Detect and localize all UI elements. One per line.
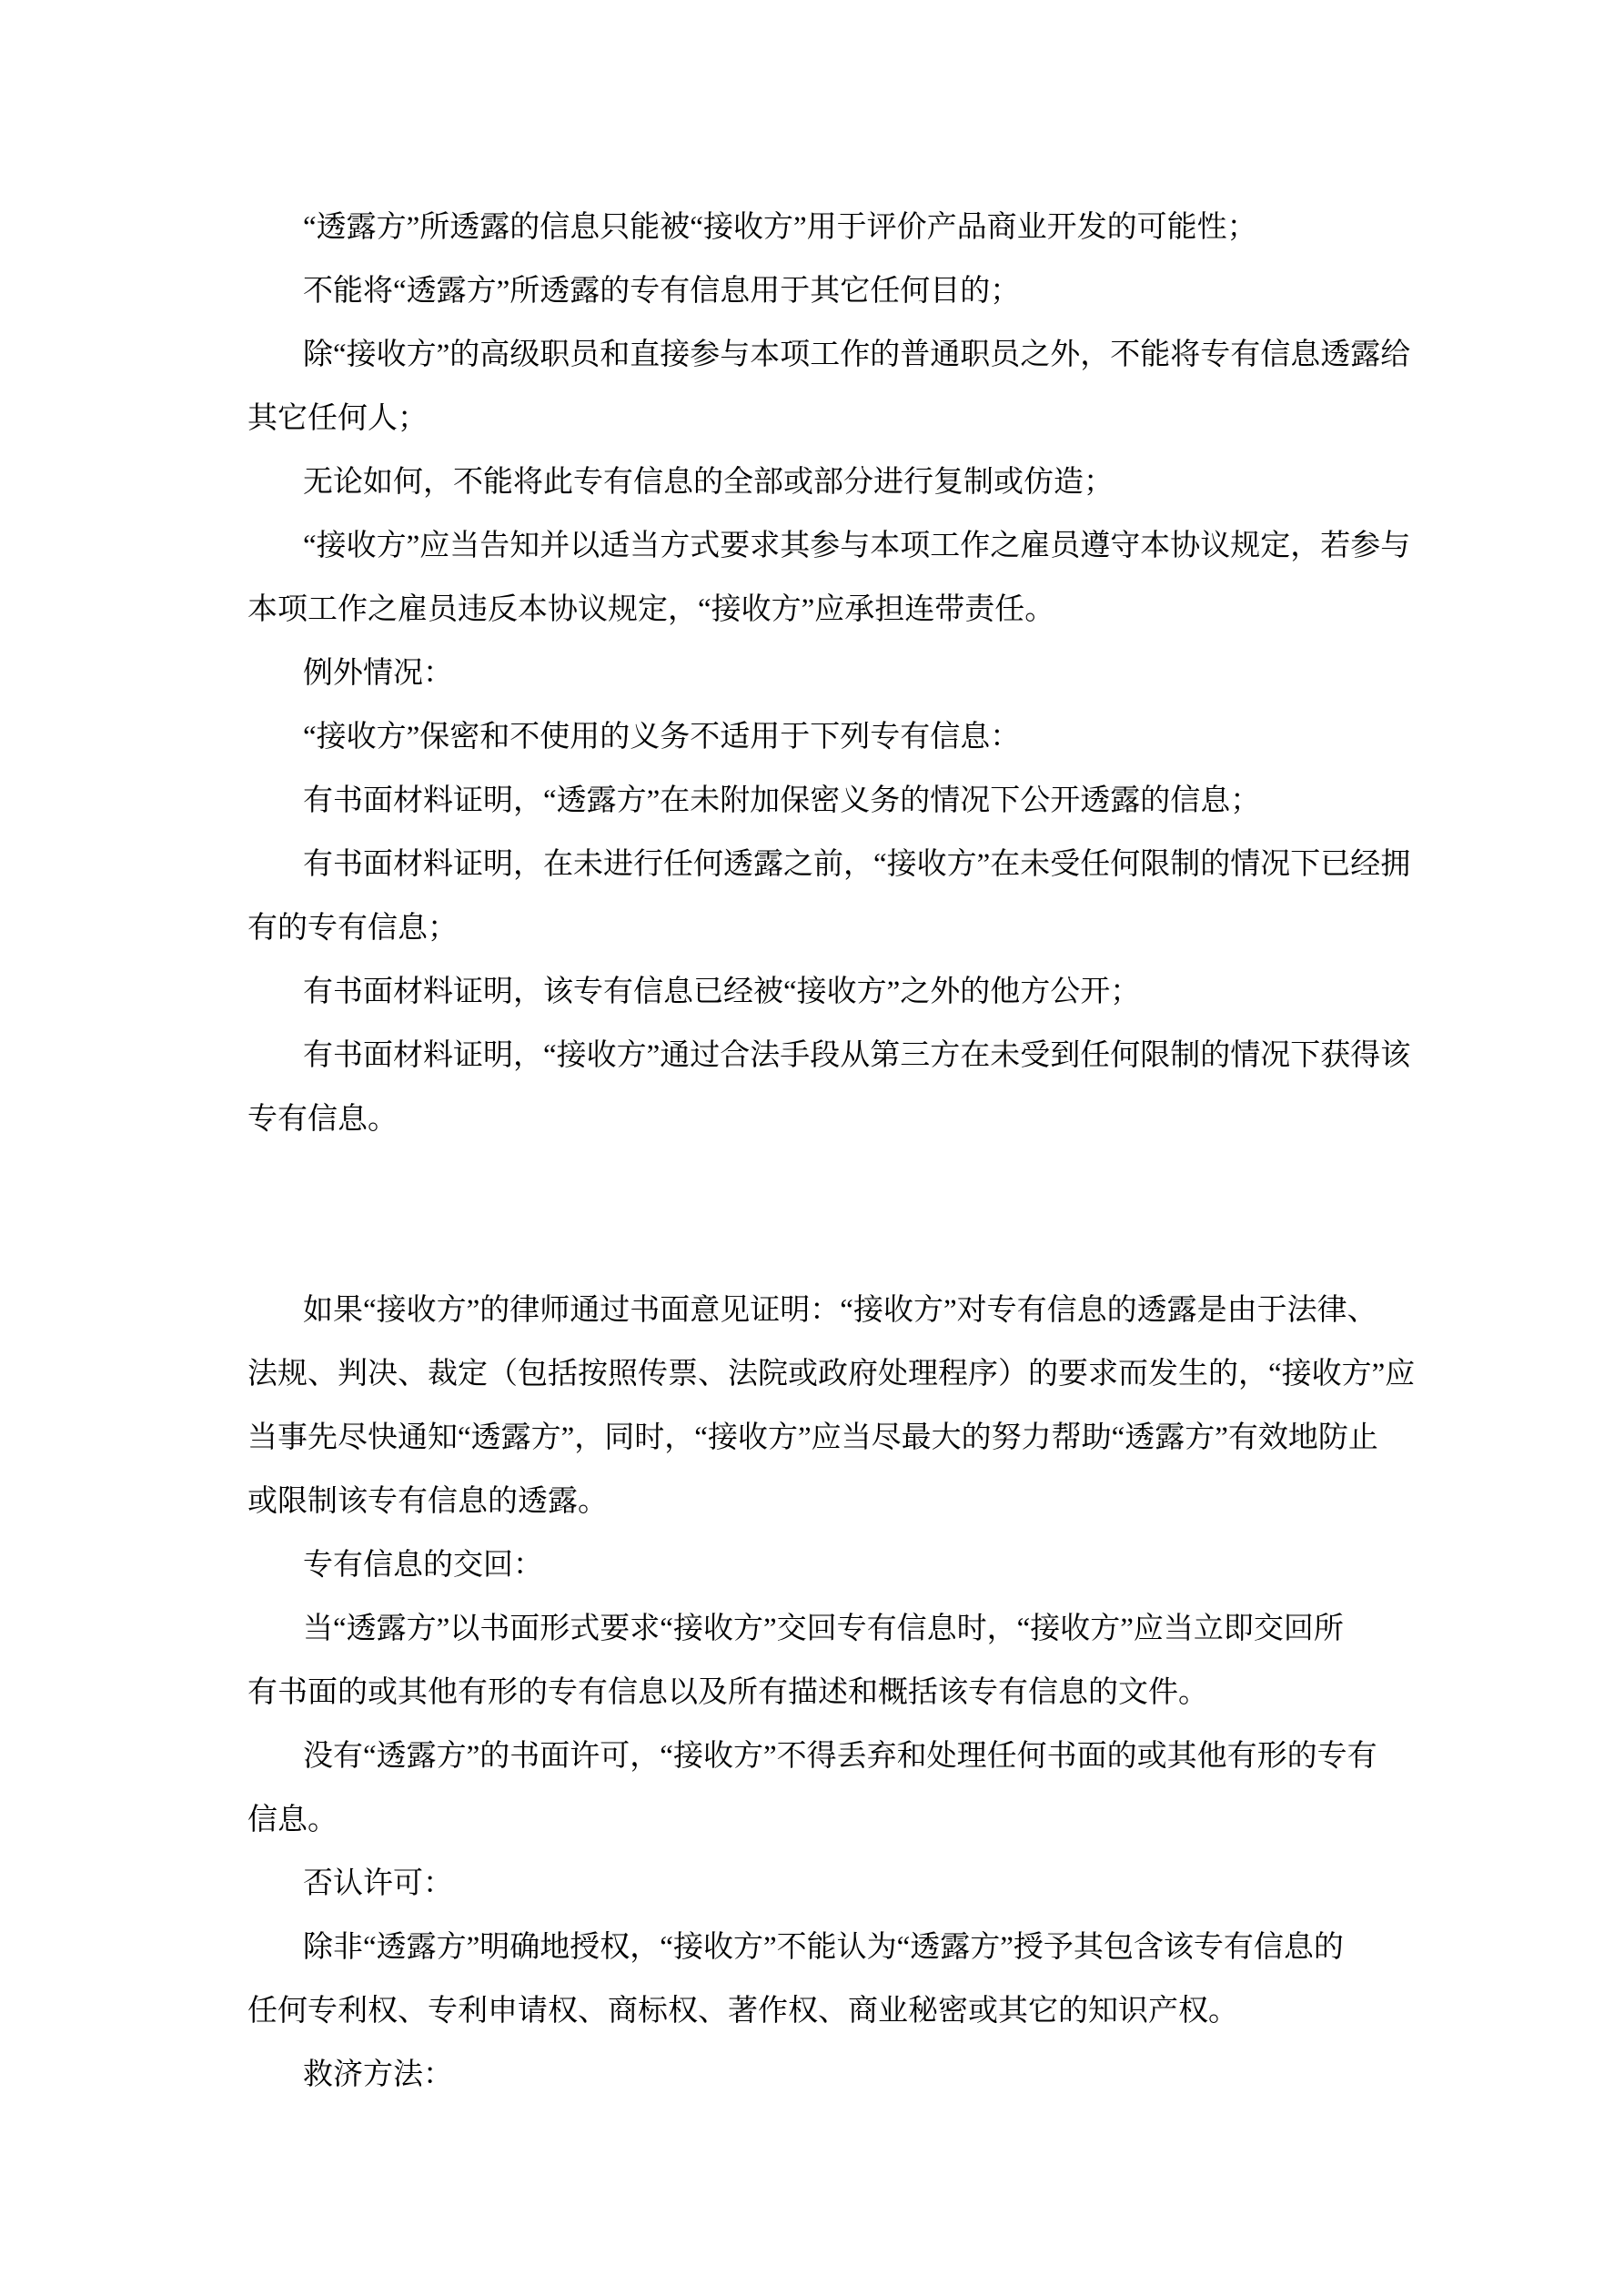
document-line: 有书面的或其他有形的专有信息以及所有描述和概括该专有信息的文件。: [247, 1661, 1385, 1725]
document-line: 没有“透露方”的书面许可，“接收方”不得丢弃和处理任何书面的或其他有形的专有: [247, 1725, 1385, 1788]
document-page: “透露方”所透露的信息只能被“接收方”用于评价产品商业开发的可能性；不能将“透露…: [0, 0, 1624, 2296]
document-line: 如果“接收方”的律师通过书面意见证明：“接收方”对专有信息的透露是由于法律、: [247, 1279, 1385, 1342]
document-line: 或限制该专有信息的透露。: [247, 1470, 1385, 1533]
document-line: 除“接收方”的高级职员和直接参与本项工作的普通职员之外，不能将专有信息透露给: [247, 323, 1385, 387]
document-line: “接收方”应当告知并以适当方式要求其参与本项工作之雇员遵守本协议规定，若参与: [247, 514, 1385, 578]
document-line: 有书面材料证明，“接收方”通过合法手段从第三方在未受到任何限制的情况下获得该: [247, 1024, 1385, 1087]
document-line: 有书面材料证明，该专有信息已经被“接收方”之外的他方公开；: [247, 960, 1385, 1024]
document-line: 无论如何，不能将此专有信息的全部或部分进行复制或仿造；: [247, 450, 1385, 514]
document-line: 专有信息。: [247, 1087, 1385, 1151]
document-line: 救济方法：: [247, 2043, 1385, 2107]
document-line: [247, 1151, 1385, 1215]
document-line: 有书面材料证明，“透露方”在未附加保密义务的情况下公开透露的信息；: [247, 769, 1385, 833]
document-line: 例外情况：: [247, 642, 1385, 705]
document-line: 任何专利权、专利申请权、商标权、著作权、商业秘密或其它的知识产权。: [247, 1979, 1385, 2043]
document-line: 当“透露方”以书面形式要求“接收方”交回专有信息时，“接收方”应当立即交回所: [247, 1597, 1385, 1661]
document-line: 不能将“透露方”所透露的专有信息用于其它任何目的；: [247, 259, 1385, 323]
document-line: 除非“透露方”明确地授权，“接收方”不能认为“透露方”授予其包含该专有信息的: [247, 1916, 1385, 1979]
document-body: “透露方”所透露的信息只能被“接收方”用于评价产品商业开发的可能性；不能将“透露…: [247, 196, 1385, 2107]
document-line: 信息。: [247, 1788, 1385, 1852]
document-line: 有的专有信息；: [247, 896, 1385, 960]
document-line: “透露方”所透露的信息只能被“接收方”用于评价产品商业开发的可能性；: [247, 196, 1385, 259]
document-line: [247, 1215, 1385, 1279]
document-line: 当事先尽快通知“透露方”，同时，“接收方”应当尽最大的努力帮助“透露方”有效地防…: [247, 1406, 1385, 1470]
document-line: 专有信息的交回：: [247, 1533, 1385, 1597]
document-line: “接收方”保密和不使用的义务不适用于下列专有信息：: [247, 705, 1385, 769]
document-line: 本项工作之雇员违反本协议规定，“接收方”应承担连带责任。: [247, 578, 1385, 642]
document-line: 法规、判决、裁定（包括按照传票、法院或政府处理程序）的要求而发生的，“接收方”应: [247, 1342, 1385, 1406]
document-line: 其它任何人；: [247, 387, 1385, 450]
document-line: 否认许可：: [247, 1852, 1385, 1916]
document-line: 有书面材料证明，在未进行任何透露之前，“接收方”在未受任何限制的情况下已经拥: [247, 833, 1385, 896]
